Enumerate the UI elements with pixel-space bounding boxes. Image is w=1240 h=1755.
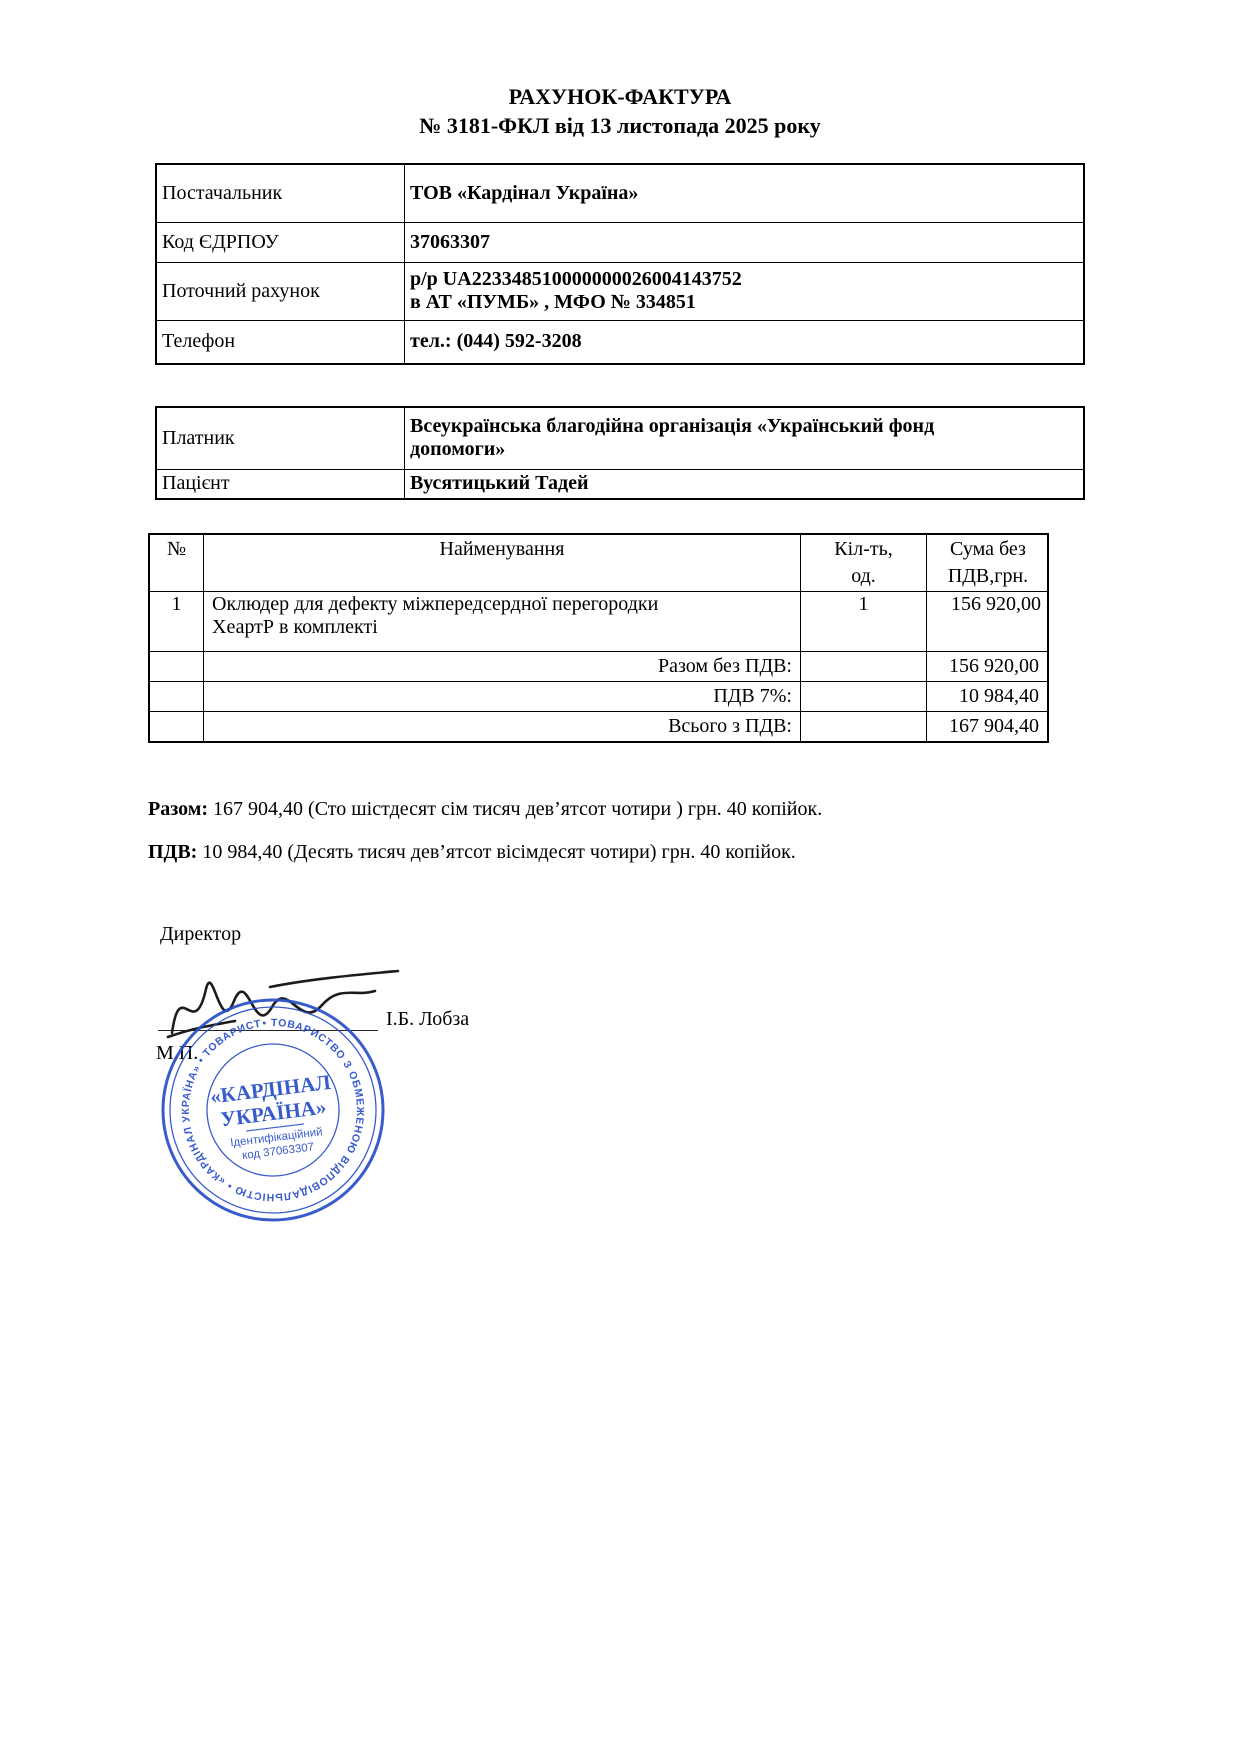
title-line-2: № 3181-ФКЛ від 13 листопада 2025 року <box>0 111 1240 140</box>
header-sum-line1: Сума без <box>933 536 1043 563</box>
supplier-label: Постачальник <box>156 164 405 222</box>
item-qty: 1 <box>801 592 927 652</box>
item-sum: 156 920,00 <box>927 592 1049 652</box>
total-in-words-label: Разом: <box>148 798 208 820</box>
edrpou-value: 37063307 <box>405 222 1085 262</box>
empty-cell <box>149 682 204 712</box>
table-row: Телефон тел.: (044) 592-3208 <box>156 320 1084 364</box>
patient-value: Вусятицький Тадей <box>405 469 1085 499</box>
table-row: Код ЄДРПОУ 37063307 <box>156 222 1084 262</box>
empty-cell <box>801 712 927 743</box>
edrpou-label: Код ЄДРПОУ <box>156 222 405 262</box>
payer-table: Платник Всеукраїнська благодійна організ… <box>155 406 1085 500</box>
total-row-vat: ПДВ 7%: 10 984,40 <box>149 682 1048 712</box>
item-name-line1: Оклюдер для дефекту міжпередсердної пере… <box>212 593 796 616</box>
payer-org-line1: Всеукраїнська благодійна організація «Ук… <box>410 415 1079 438</box>
patient-label: Пацієнт <box>156 469 405 499</box>
table-row: Платник Всеукраїнська благодійна організ… <box>156 407 1084 469</box>
phone-value: тел.: (044) 592-3208 <box>405 320 1085 364</box>
account-value: р/р UA223348510000000026004143752 в АТ «… <box>405 262 1085 320</box>
account-iban: р/р UA223348510000000026004143752 <box>410 268 1079 291</box>
item-name: Оклюдер для дефекту міжпередсердної пере… <box>204 592 801 652</box>
title-line-1: РАХУНОК-ФАКТУРА <box>0 82 1240 111</box>
header-qty-line2: од. <box>805 563 922 590</box>
total-in-words-text: 167 904,40 (Сто шістдесят сім тисяч дев’… <box>208 798 822 820</box>
grand-total-value: 167 904,40 <box>927 712 1049 743</box>
account-bank: в АТ «ПУМБ» , МФО № 334851 <box>410 291 1079 314</box>
table-row: Постачальник ТОВ «Кардінал Україна» <box>156 164 1084 222</box>
supplier-table: Постачальник ТОВ «Кардінал Україна» Код … <box>155 163 1085 365</box>
payer-value: Всеукраїнська благодійна організація «Ук… <box>405 407 1085 469</box>
account-label: Поточний рахунок <box>156 262 405 320</box>
empty-cell <box>149 712 204 743</box>
header-qty-line1: Кіл-ть, <box>805 536 922 563</box>
total-row-grand: Всього з ПДВ: 167 904,40 <box>149 712 1048 743</box>
subtotal-value: 156 920,00 <box>927 652 1049 682</box>
subtotal-label: Разом без ПДВ: <box>204 652 801 682</box>
total-row-subtotal: Разом без ПДВ: 156 920,00 <box>149 652 1048 682</box>
items-header-row: № Найменування Кіл-ть, од. Сума без ПДВ,… <box>149 534 1048 592</box>
table-row: Поточний рахунок р/р UA22334851000000002… <box>156 262 1084 320</box>
header-sum: Сума без ПДВ,грн. <box>927 534 1049 592</box>
empty-cell <box>801 682 927 712</box>
director-title: Директор <box>160 923 241 946</box>
phone-label: Телефон <box>156 320 405 364</box>
header-name: Найменування <box>204 534 801 592</box>
document-title: РАХУНОК-ФАКТУРА № 3181-ФКЛ від 13 листоп… <box>0 82 1240 140</box>
items-table: № Найменування Кіл-ть, од. Сума без ПДВ,… <box>148 533 1049 743</box>
empty-cell <box>801 652 927 682</box>
empty-cell <box>149 652 204 682</box>
header-sum-line2: ПДВ,грн. <box>933 563 1043 590</box>
header-qty: Кіл-ть, од. <box>801 534 927 592</box>
vat-in-words: ПДВ: 10 984,40 (Десять тисяч дев’ятсот в… <box>148 841 796 864</box>
vat-in-words-text: 10 984,40 (Десять тисяч дев’ятсот вісімд… <box>197 841 795 863</box>
payer-org-line2: допомоги» <box>410 438 1079 461</box>
vat-in-words-label: ПДВ: <box>148 841 197 863</box>
vat-value: 10 984,40 <box>927 682 1049 712</box>
payer-label: Платник <box>156 407 405 469</box>
header-num: № <box>149 534 204 592</box>
grand-total-label: Всього з ПДВ: <box>204 712 801 743</box>
total-in-words: Разом: 167 904,40 (Сто шістдесят сім тис… <box>148 798 822 821</box>
supplier-value: ТОВ «Кардінал Україна» <box>405 164 1085 222</box>
company-stamp: • ТОВАРИСТВО З ОБМЕЖЕНОЮ ВІДПОВІДАЛЬНІСТ… <box>158 995 388 1225</box>
invoice-page: РАХУНОК-ФАКТУРА № 3181-ФКЛ від 13 листоп… <box>0 0 1240 1755</box>
item-row: 1 Оклюдер для дефекту міжпередсердної пе… <box>149 592 1048 652</box>
table-row: Пацієнт Вусятицький Тадей <box>156 469 1084 499</box>
vat-label: ПДВ 7%: <box>204 682 801 712</box>
item-name-line2: ХеартР в комплекті <box>212 616 796 639</box>
item-num: 1 <box>149 592 204 652</box>
